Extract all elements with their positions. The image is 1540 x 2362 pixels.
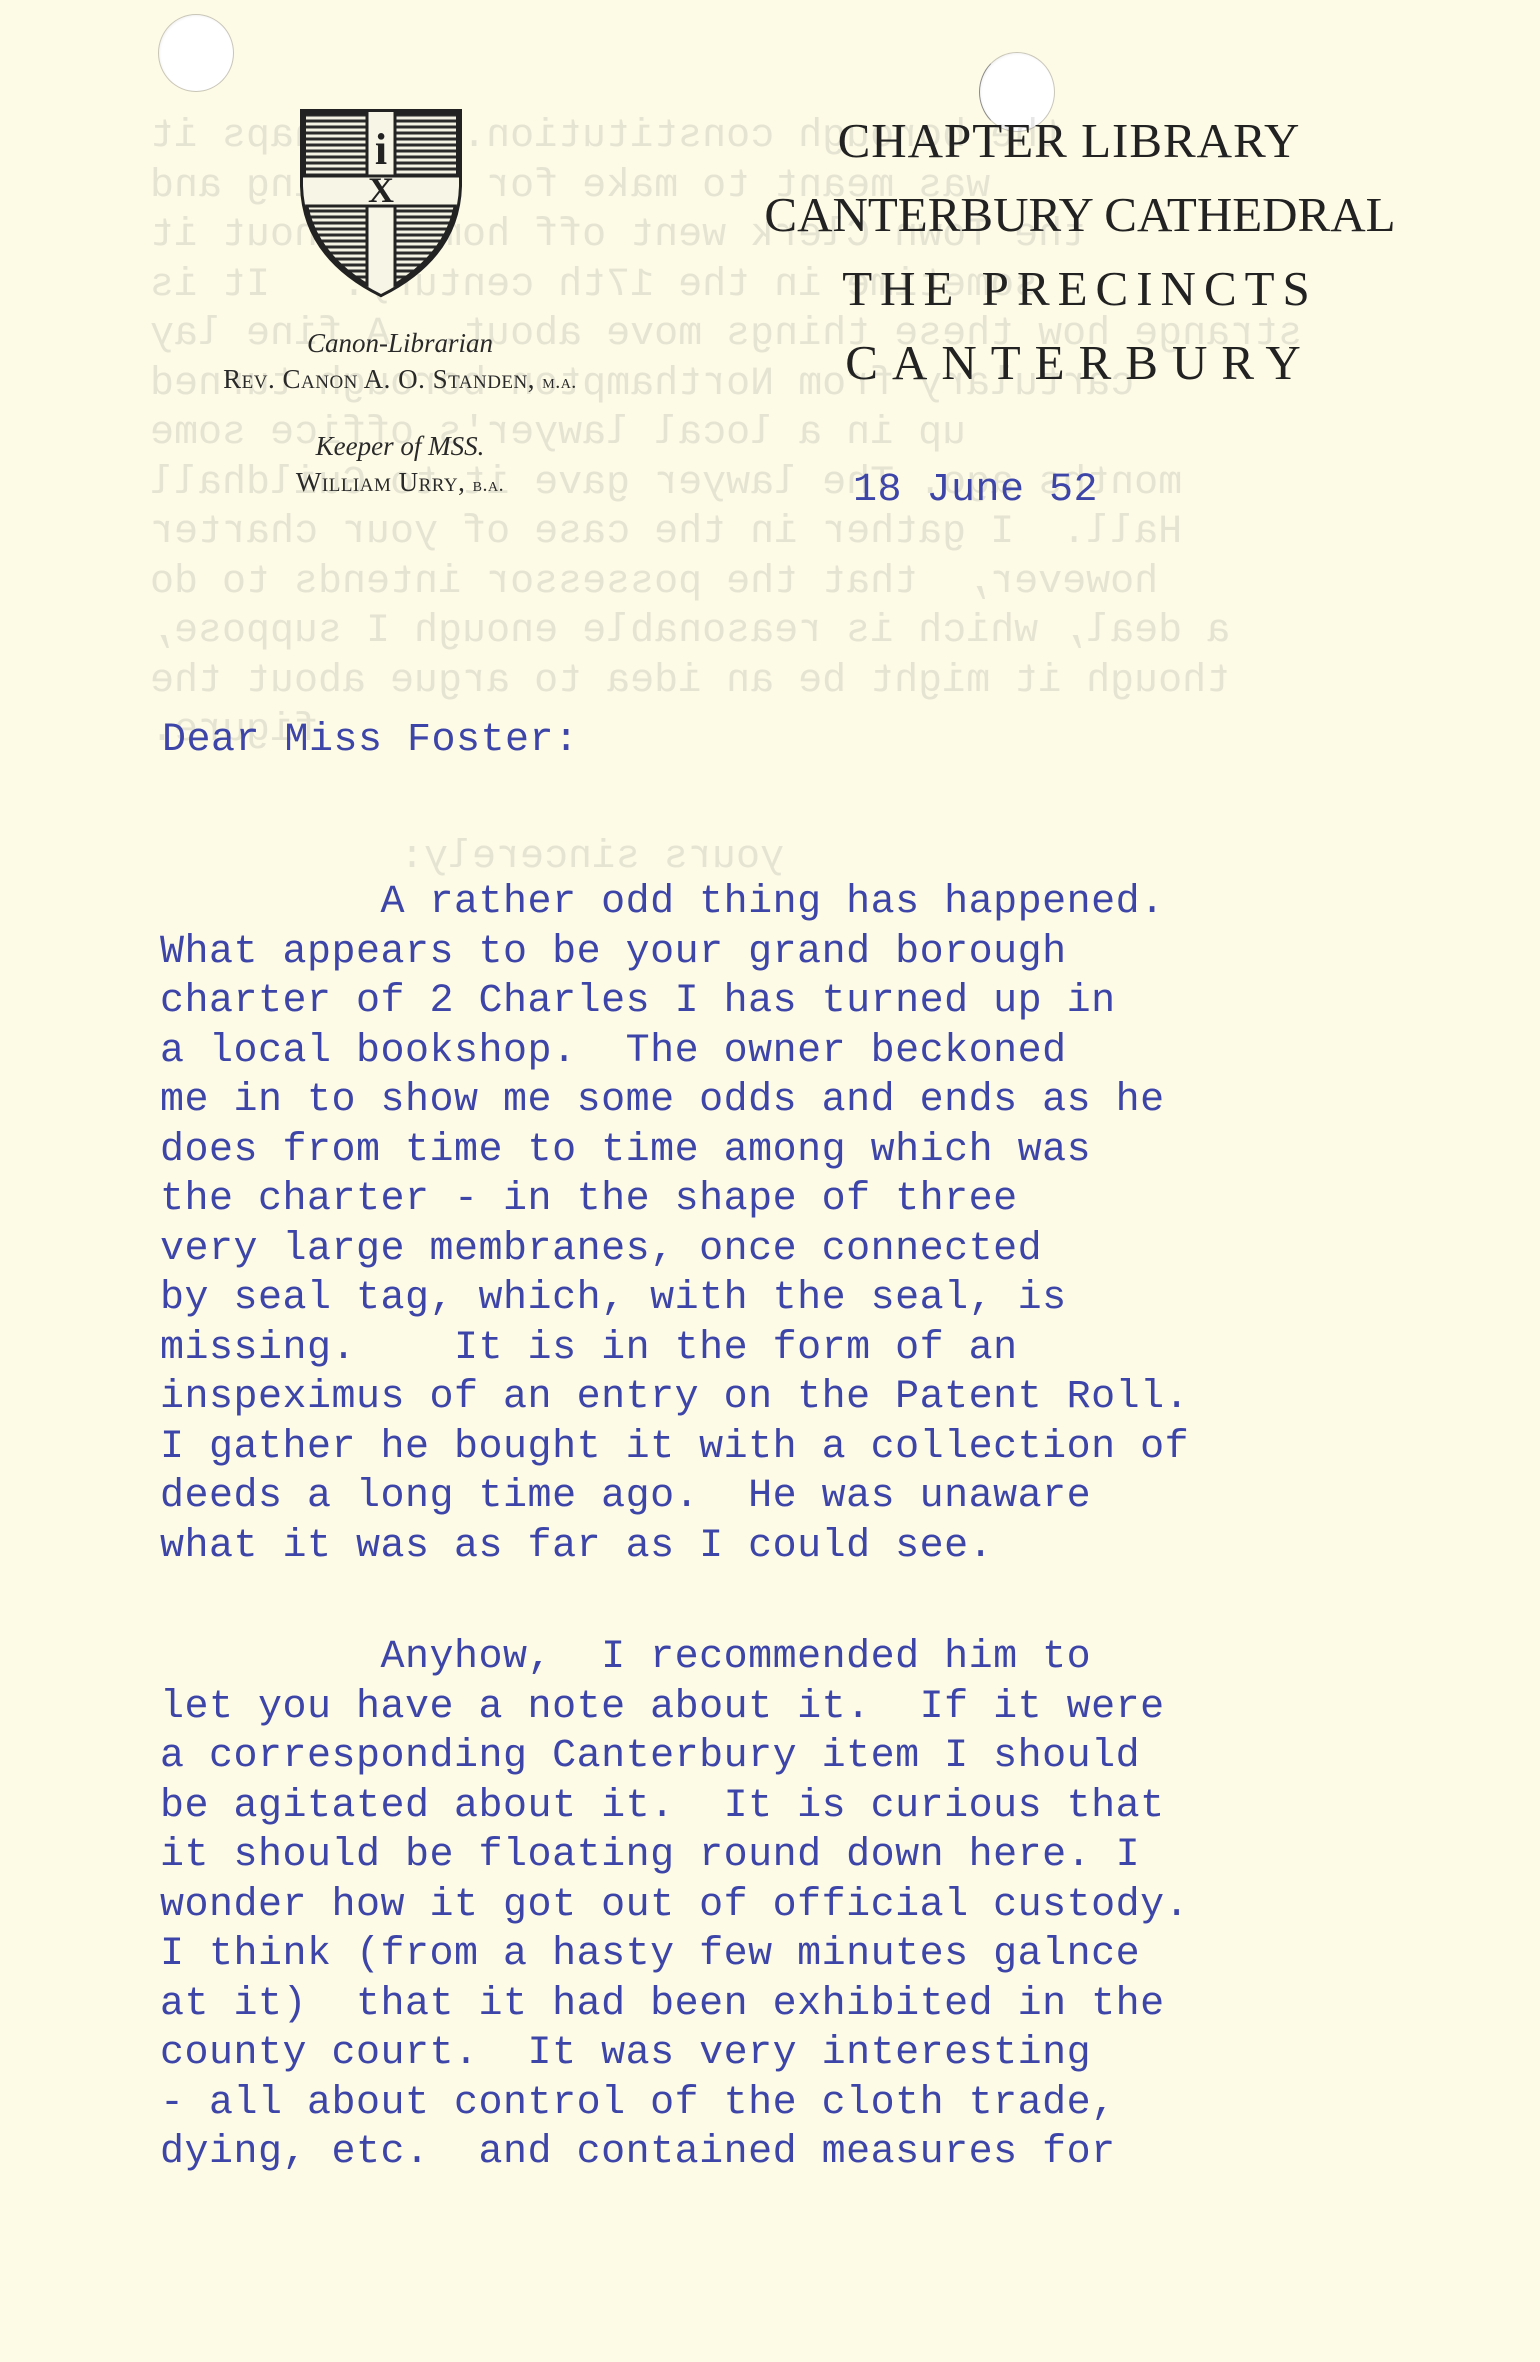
- institution-line: THE PRECINCTS: [700, 252, 1460, 326]
- svg-text:X: X: [368, 170, 394, 210]
- bleed-through-closing: yours sincerely:: [400, 835, 784, 880]
- letter-line: by seal tag, which, with the seal, is: [160, 1274, 1189, 1324]
- letter-date: 18 June 52: [853, 468, 1098, 513]
- letter-line: Anyhow, I recommended him to: [160, 1633, 1189, 1683]
- letter-line: at it) that it had been exhibited in the: [160, 1980, 1189, 2030]
- letter-line: I gather he bought it with a collection …: [160, 1423, 1189, 1473]
- letter-line: very large membranes, once connected: [160, 1225, 1189, 1275]
- letter-line: What appears to be your grand borough: [160, 928, 1189, 978]
- letter-line: I think (from a hasty few minutes galnce: [160, 1930, 1189, 1980]
- letter-line: dying, etc. and contained measures for: [160, 2128, 1189, 2178]
- letterhead-institution: CHAPTER LIBRARY CANTERBURY CATHEDRAL THE…: [700, 104, 1460, 400]
- officer-role: Keeper of MSS.: [100, 428, 700, 464]
- institution-line: CHAPTER LIBRARY: [700, 104, 1460, 178]
- officer-name: Rev. Canon A. O. Standen, m.a.: [100, 361, 700, 400]
- letter-line: what it was as far as I could see.: [160, 1522, 1189, 1572]
- institution-line: CANTERBURY CATHEDRAL: [700, 178, 1460, 252]
- letter-line: county court. It was very interesting: [160, 2029, 1189, 2079]
- letterhead-officers: Canon-Librarian Rev. Canon A. O. Standen…: [100, 325, 700, 503]
- letter-line: be agitated about it. It is curious that: [160, 1782, 1189, 1832]
- svg-text:i: i: [375, 125, 387, 174]
- salutation: Dear Miss Foster:: [162, 718, 579, 763]
- institution-line: CANTERBURY: [700, 326, 1460, 400]
- letter-line: missing. It is in the form of an: [160, 1324, 1189, 1374]
- letter-line: me in to show me some odds and ends as h…: [160, 1076, 1189, 1126]
- letter-paragraph: Anyhow, I recommended him tolet you have…: [160, 1633, 1189, 2178]
- shield-crest-icon: i X: [297, 106, 465, 298]
- letter-line: does from time to time among which was: [160, 1126, 1189, 1176]
- letter-line: charter of 2 Charles I has turned up in: [160, 977, 1189, 1027]
- letter-line: it should be floating round down here. I: [160, 1831, 1189, 1881]
- letter-line: inspeximus of an entry on the Patent Rol…: [160, 1373, 1189, 1423]
- letter-paragraph: A rather odd thing has happened.What app…: [160, 878, 1189, 1571]
- letter-line: wonder how it got out of official custod…: [160, 1881, 1189, 1931]
- letter-line: A rather odd thing has happened.: [160, 878, 1189, 928]
- letter-line: let you have a note about it. If it were: [160, 1683, 1189, 1733]
- letter-line: the charter - in the shape of three: [160, 1175, 1189, 1225]
- officer-role: Canon-Librarian: [100, 325, 700, 361]
- letter-line: deeds a long time ago. He was unaware: [160, 1472, 1189, 1522]
- letter-line: a local bookshop. The owner beckoned: [160, 1027, 1189, 1077]
- letter-line: a corresponding Canterbury item I should: [160, 1732, 1189, 1782]
- officer-name: William Urry, b.a.: [100, 464, 700, 503]
- letter-line: - all about control of the cloth trade,: [160, 2079, 1189, 2129]
- punch-hole: [158, 14, 234, 92]
